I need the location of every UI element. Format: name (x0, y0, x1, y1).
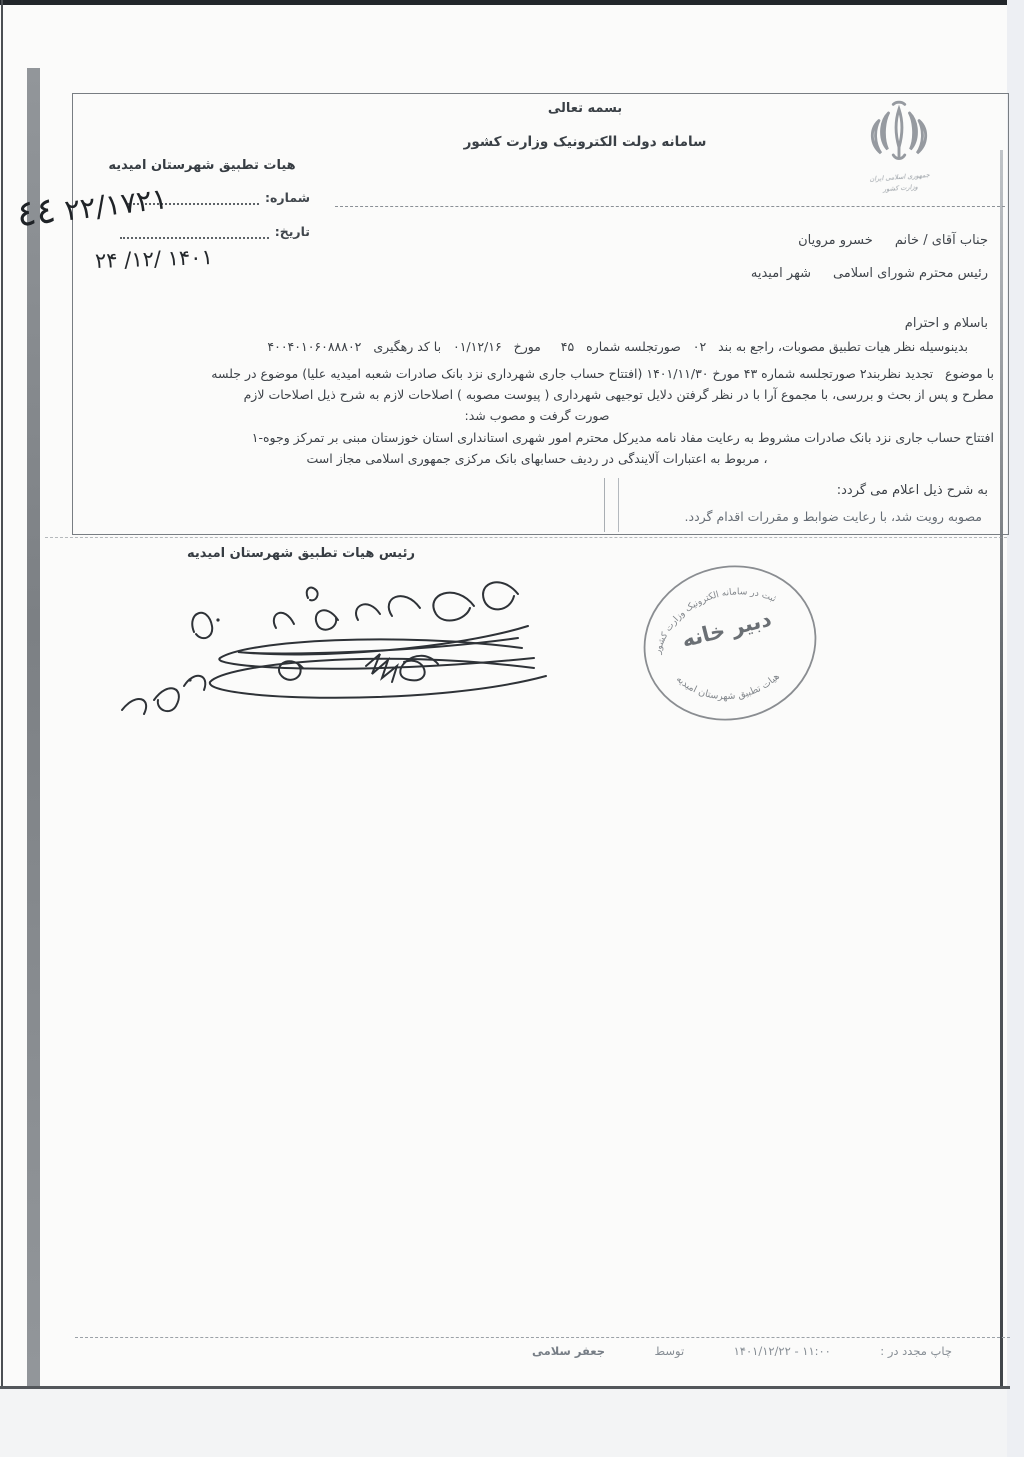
date-field-row: تاریخ: (120, 224, 310, 239)
letter-body: بدینوسیله نظر هیات تطبیق مصوبات، راجع به… (80, 338, 994, 471)
date-dotted-line (120, 224, 269, 239)
remark-cell-line-inner (618, 478, 619, 532)
scan-bottom-area (0, 1389, 1007, 1457)
announce-line: به شرح ذیل اعلام می گردد: (837, 483, 988, 498)
salutation: باسلام و احترام (905, 316, 988, 331)
footer-by-label: توسط (654, 1344, 684, 1358)
secretariat-round-stamp: ثبت در سامانه الکترونیک وزارت کشور هیات … (607, 522, 853, 763)
stamp-bottom-arc-text: هیات تطبیق شهرستان امیدیه (672, 650, 784, 715)
signature-title: رئیس هیات تطبیق شهرستان امیدیه (148, 546, 454, 561)
footer-separator-line (75, 1337, 1010, 1338)
iran-national-emblem-icon (856, 98, 942, 170)
body-line-3: مطرح و پس از بحث و بررسی، با مجموع آرا ب… (80, 386, 994, 404)
recipient-city: شهر امیدیه (751, 266, 811, 281)
body-line-4: صورت گرفت و مصوب شد: (80, 407, 994, 425)
footer-print-label: چاپ مجدد در : (880, 1344, 952, 1358)
remark-cell-line-outer (604, 478, 605, 532)
date-label: تاریخ: (275, 224, 310, 239)
recipient-line-1: جناب آقای / خانمخسرو مرویان (608, 231, 988, 251)
scan-left-binding-strip (27, 68, 40, 1457)
handwritten-number-big: ٤٤ (15, 190, 58, 235)
body-line-6: ، مربوط به اعتبارات آلایندگی در ردیف حسا… (80, 450, 994, 468)
handwritten-date: ۱۴۰۱ /۱۲/ ۲۴ (95, 245, 214, 273)
bismillah-text: بسمه تعالی (440, 101, 730, 116)
body-line-2: با موضوع تجدید نظربند۲ صورتجلسه شماره ۴۳… (80, 365, 994, 383)
remark-line: مصوبه رویت شد، با رعایت ضوابط و مقررات ا… (685, 509, 982, 524)
stamp-center-text: دبیر خانه (679, 607, 774, 652)
handwritten-signature-scribble (98, 568, 550, 730)
body-line-5: افتتاح حساب جاری نزد بانک صادرات مشروط ب… (80, 429, 994, 447)
footer-print-info: چاپ مجدد در : ۱۱:۰۰ - ۱۴۰۱/۱۲/۲۲ توسط جع… (532, 1344, 952, 1358)
recipient-prefix-1: جناب آقای / خانم (895, 233, 988, 248)
svg-text:هیات تطبیق شهرستان امیدیه: هیات تطبیق شهرستان امیدیه (672, 650, 784, 715)
header-dash-separator (335, 206, 1005, 207)
recipient-name: خسرو مرویان (798, 233, 873, 248)
scanned-letter-page: بسمه تعالی سامانه دولت الکترونیک وزارت ک… (0, 0, 1024, 1457)
scan-left-edge-line (1, 0, 3, 1457)
scan-top-edge (0, 0, 1012, 5)
system-title: سامانه دولت الکترونیک وزارت کشور (400, 134, 770, 150)
recipient-line-2: رئیس محترم شورای اسلامیشهر امیدیه (608, 264, 988, 284)
body-line-1: بدینوسیله نظر هیات تطبیق مصوبات، راجع به… (80, 338, 994, 356)
recipient-prefix-2: رئیس محترم شورای اسلامی (833, 266, 988, 281)
footer-print-datetime: ۱۱:۰۰ - ۱۴۰۱/۱۲/۲۲ (734, 1344, 831, 1358)
footer-by-name: جعفر سلامی (532, 1344, 605, 1358)
scan-dash-under-box (45, 537, 1007, 538)
recipient-block: جناب آقای / خانمخسرو مرویان رئیس محترم ش… (608, 231, 988, 296)
scan-right-band (1007, 0, 1024, 1457)
